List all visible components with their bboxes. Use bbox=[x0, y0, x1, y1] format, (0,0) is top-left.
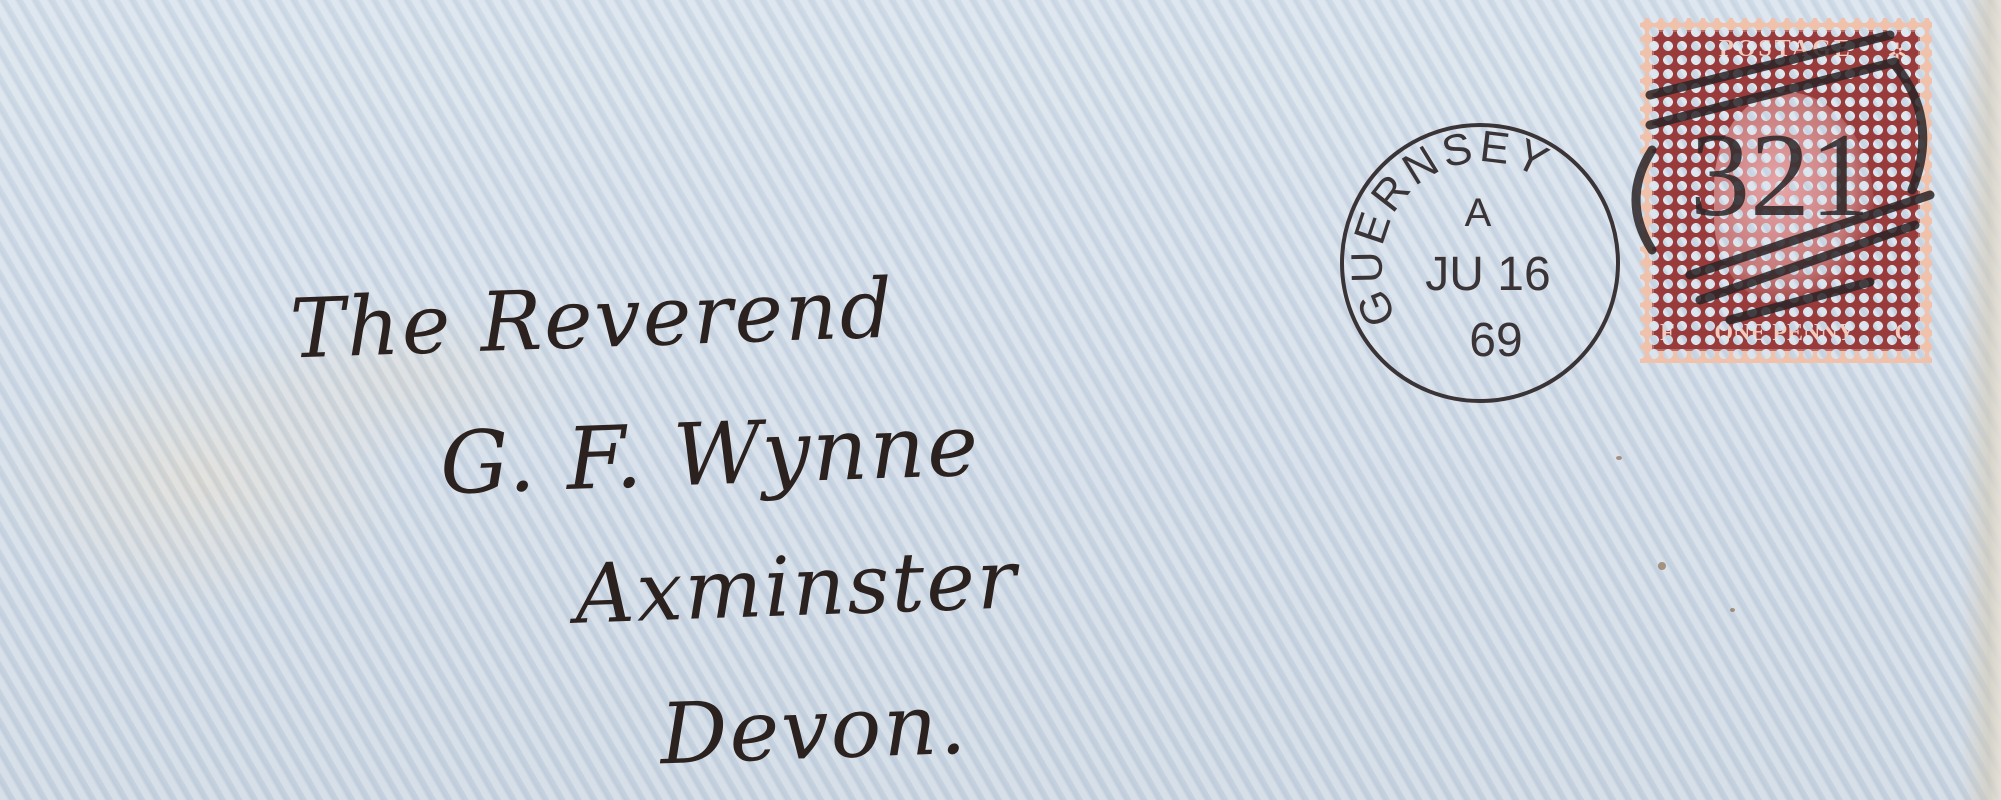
envelope: The Reverend G. F. Wynne Axminster Devon… bbox=[0, 0, 2001, 800]
address-line-1: The Reverend bbox=[289, 261, 896, 377]
postmark-date: JU 16 bbox=[1425, 248, 1550, 301]
star-icon: ✲ bbox=[1882, 38, 1912, 68]
address-line-3: Axminster bbox=[573, 532, 1019, 642]
stamp-corner-letter-right: C bbox=[1895, 320, 1912, 347]
svg-text:GUERNSEY: GUERNSEY bbox=[1342, 122, 1559, 334]
postmark-town: GUERNSEY bbox=[1342, 122, 1559, 334]
stamp-top-text: POSTAGE bbox=[1654, 36, 1918, 63]
address-line-2: G. F. Wynne bbox=[438, 396, 981, 515]
stamp-design: POSTAGE ✲ F ONE PENNY C bbox=[1652, 30, 1920, 351]
stamp-corner-letter-left: F bbox=[1660, 320, 1675, 347]
foxing-spot bbox=[1658, 562, 1666, 570]
postmark: GUERNSEY A JU 16 69 bbox=[1338, 118, 1628, 408]
foxing-spot bbox=[1730, 608, 1735, 612]
queen-portrait bbox=[1714, 92, 1874, 302]
penny-red-stamp: POSTAGE ✲ F ONE PENNY C bbox=[1640, 18, 1932, 363]
foxing-spot bbox=[1616, 456, 1622, 460]
envelope-edge-wear bbox=[1961, 0, 2001, 800]
address-line-4: Devon. bbox=[658, 675, 969, 784]
stamp-bottom-row: F ONE PENNY C bbox=[1654, 320, 1918, 347]
postmark-code: A bbox=[1465, 191, 1492, 235]
postmark-circle-icon: GUERNSEY A JU 16 69 bbox=[1338, 118, 1628, 408]
stamp-value-text: ONE PENNY bbox=[1714, 320, 1855, 347]
postmark-year: 69 bbox=[1469, 314, 1522, 367]
